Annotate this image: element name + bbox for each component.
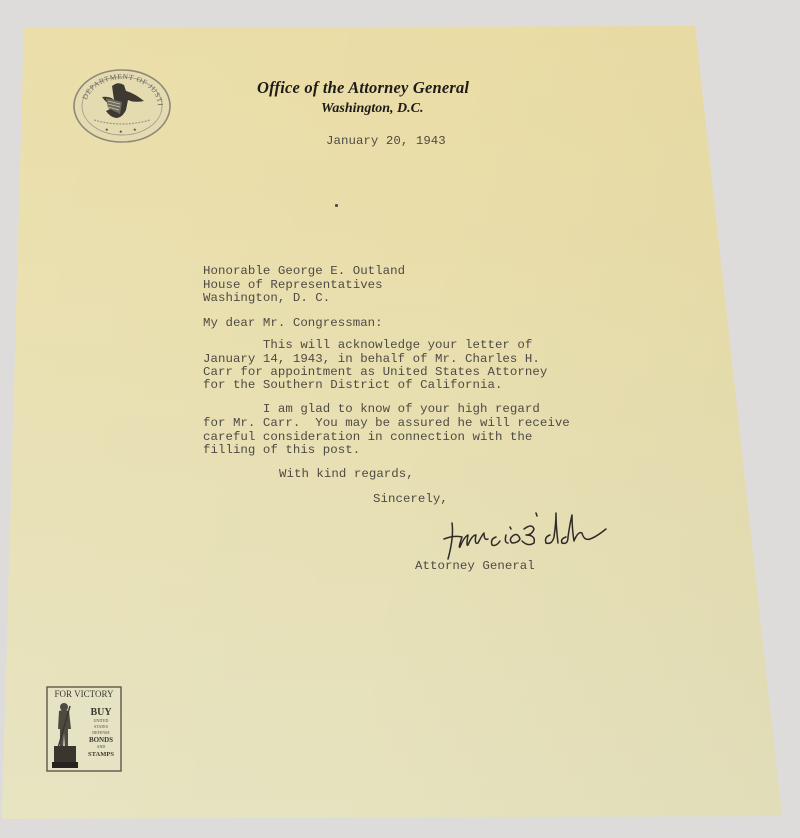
svg-text:★: ★	[133, 126, 137, 133]
stamp-states: STATES	[94, 724, 108, 729]
stamp-defense: DEFENSE	[92, 730, 110, 735]
recipient-city: Washington, D. C.	[203, 291, 330, 305]
handwritten-signature-icon	[440, 505, 640, 565]
letterhead-location: Washington, D.C.	[321, 101, 423, 117]
letter-date: January 20, 1943	[326, 134, 446, 148]
stamp-buy: BUY	[90, 707, 112, 718]
stamp-united: UNITED	[94, 718, 109, 723]
minuteman-war-bonds-stamp-icon: FOR VICTORY BUY UNITED STATES DEFENSE BO…	[46, 686, 122, 772]
paragraph-2-line: careful consideration in connection with…	[203, 430, 532, 444]
paragraph-2-line: for Mr. Carr. You may be assured he will…	[203, 416, 570, 430]
closing-regards: With kind regards,	[279, 467, 414, 481]
stamp-bonds: BONDS	[89, 736, 113, 744]
recipient-house: House of Representatives	[203, 278, 383, 292]
paragraph-1-line: Carr for appointment as United States At…	[203, 365, 547, 379]
stamp-and: AND	[97, 744, 106, 749]
paragraph-1-line: January 14, 1943, in behalf of Mr. Charl…	[203, 352, 540, 366]
department-of-justice-seal-icon: DEPARTMENT OF JUSTICE ★ ★ ★	[72, 68, 172, 144]
paragraph-1-line: for the Southern District of California.	[203, 378, 502, 392]
paragraph-2-line: filling of this post.	[203, 443, 360, 457]
stamp-heading: FOR VICTORY	[55, 689, 114, 699]
salutation: My dear Mr. Congressman:	[203, 316, 383, 330]
paragraph-2-line: I am glad to know of your high regard	[203, 402, 540, 416]
paragraph-1-line: This will acknowledge your letter of	[203, 338, 532, 352]
svg-text:★: ★	[105, 126, 109, 133]
letterhead-office: Office of the Attorney General	[257, 78, 469, 98]
stamp-stamps: STAMPS	[88, 751, 114, 758]
paper-speck	[335, 204, 338, 207]
signer-title: Attorney General	[415, 559, 535, 573]
recipient-name: Honorable George E. Outland	[203, 264, 405, 278]
closing-sincerely: Sincerely,	[373, 492, 448, 506]
svg-text:★: ★	[119, 128, 123, 135]
